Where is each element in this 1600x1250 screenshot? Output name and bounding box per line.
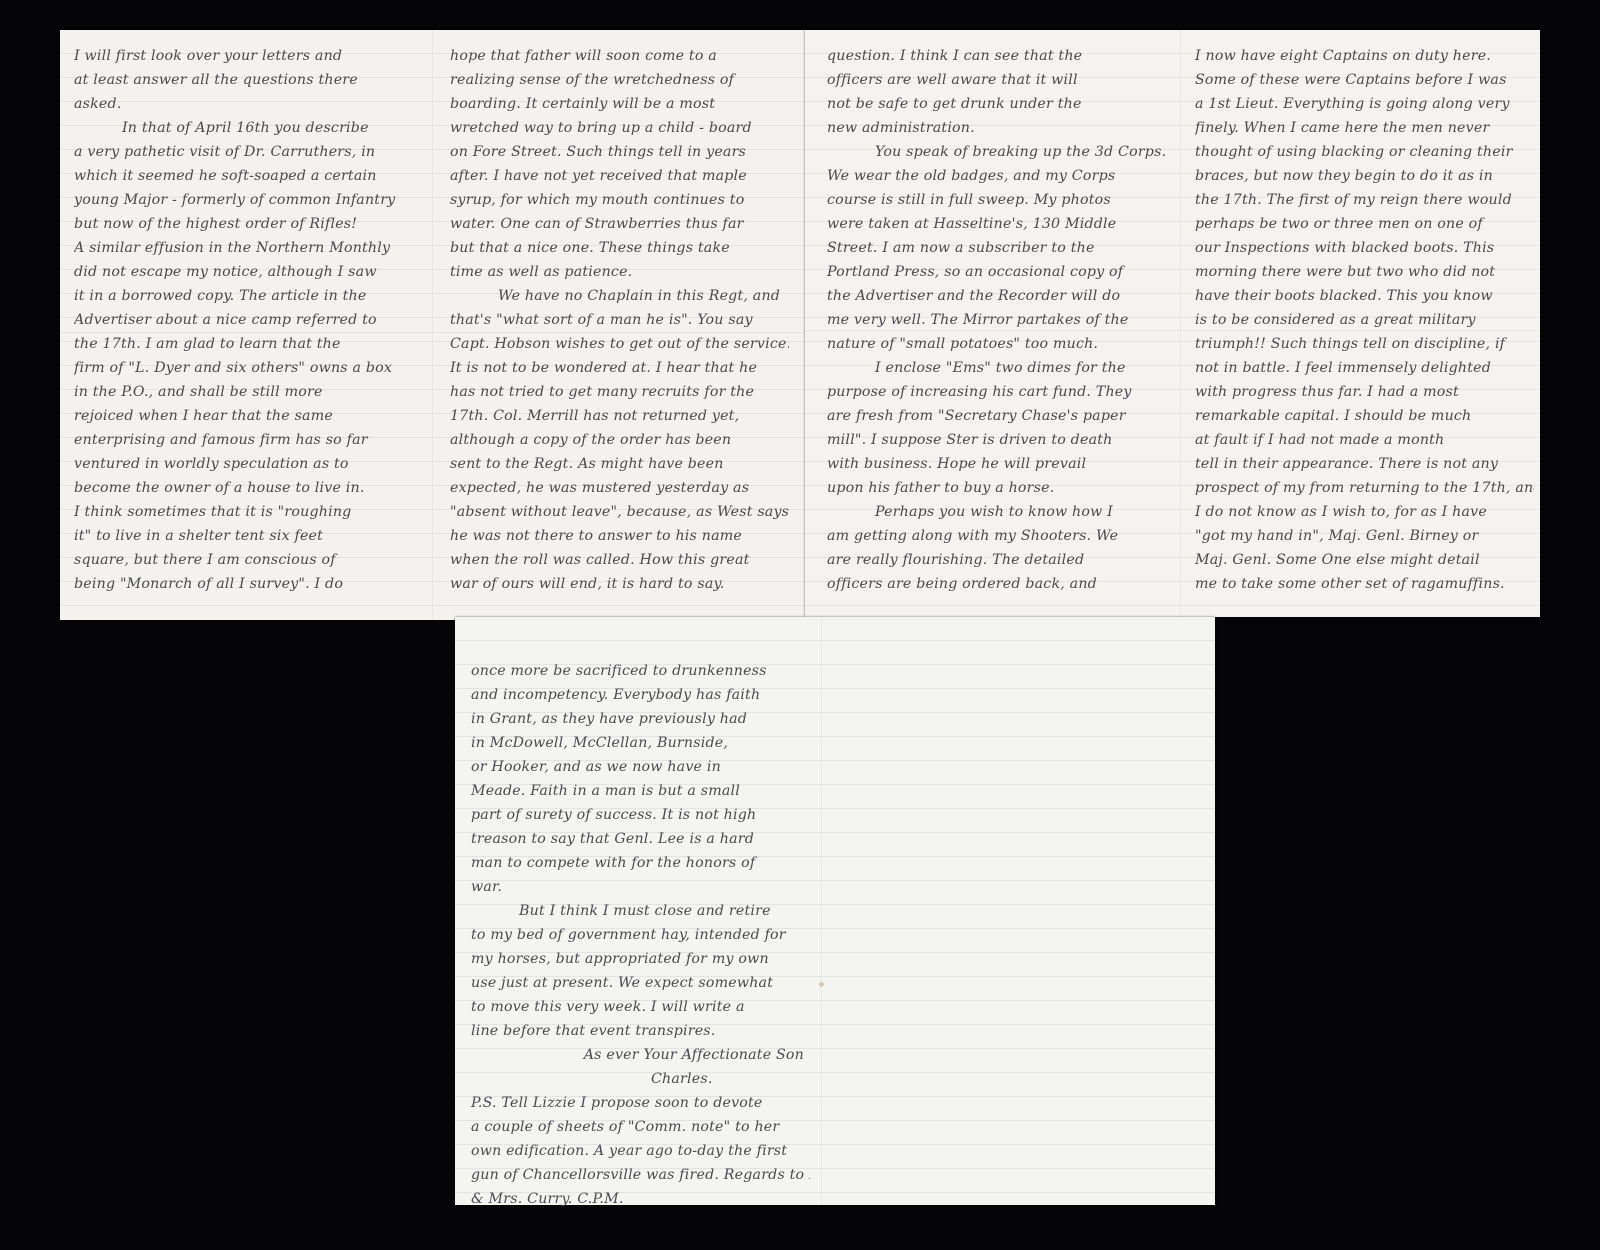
text-line: time as well as patience. — [450, 260, 789, 284]
text-line: realizing sense of the wretchedness of — [450, 68, 789, 92]
text-line: braces, but now they begin to do it as i… — [1195, 164, 1534, 188]
text-line: Perhaps you wish to know how I — [827, 500, 1166, 524]
text-line: wretched way to bring up a child - board — [450, 116, 789, 140]
text-line: being "Monarch of all I survey". I do — [74, 572, 413, 596]
text-line: once more be sacrificed to drunkenness — [471, 659, 810, 683]
text-line: 17th. Col. Merrill has not returned yet, — [450, 404, 789, 428]
text-line: treason to say that Genl. Lee is a hard — [471, 827, 810, 851]
text-line: enterprising and famous firm has so far — [74, 428, 413, 452]
text-line: remarkable capital. I should be much — [1195, 404, 1534, 428]
text-line: Some of these were Captains before I was — [1195, 68, 1534, 92]
text-line: boarding. It certainly will be a most — [450, 92, 789, 116]
text-line: Maj. Genl. Some One else might detail — [1195, 548, 1534, 572]
text-line: officers are being ordered back, and — [827, 572, 1166, 596]
text-line: are really flourishing. The detailed — [827, 548, 1166, 572]
text-line: me to take some other set of ragamuffins… — [1195, 572, 1534, 596]
text-line: question. I think I can see that the — [827, 44, 1166, 68]
text-line: expected, he was mustered yesterday as — [450, 476, 789, 500]
text-line: were taken at Hasseltine's, 130 Middle — [827, 212, 1166, 236]
text-line: mill". I suppose Ster is driven to death — [827, 428, 1166, 452]
text-line: firm of "L. Dyer and six others" owns a … — [74, 356, 413, 380]
text-line: my horses, but appropriated for my own — [471, 947, 810, 971]
text-line: rejoiced when I hear that the same — [74, 404, 413, 428]
text-line: become the owner of a house to live in. — [74, 476, 413, 500]
postscript-line: & Mrs. Curry. C.P.M. — [471, 1187, 810, 1211]
text-line: a very pathetic visit of Dr. Carruthers,… — [74, 140, 413, 164]
text-line: to move this very week. I will write a — [471, 995, 810, 1019]
text-line: We have no Chaplain in this Regt, and — [450, 284, 789, 308]
text-line: did not escape my notice, although I saw — [74, 260, 413, 284]
text-line: on Fore Street. Such things tell in year… — [450, 140, 789, 164]
text-line: our Inspections with blacked boots. This — [1195, 236, 1534, 260]
text-line: asked. — [74, 92, 413, 116]
text-line: sent to the Regt. As might have been — [450, 452, 789, 476]
text-line: Portland Press, so an occasional copy of — [827, 260, 1166, 284]
text-line: use just at present. We expect somewhat — [471, 971, 810, 995]
fold-crease-vertical — [1180, 30, 1182, 617]
text-line: Advertiser about a nice camp referred to — [74, 308, 413, 332]
text-line: the 17th. The first of my reign there wo… — [1195, 188, 1534, 212]
text-line: it" to live in a shelter tent six feet — [74, 524, 413, 548]
text-line: a 1st Lieut. Everything is going along v… — [1195, 92, 1534, 116]
text-line: square, but there I am conscious of — [74, 548, 413, 572]
postscript-line: own edification. A year ago to-day the f… — [471, 1139, 810, 1163]
text-line: In that of April 16th you describe — [74, 116, 413, 140]
text-line: or Hooker, and as we now have in — [471, 755, 810, 779]
text-line: ventured in worldly speculation as to — [74, 452, 413, 476]
text-line: "got my hand in", Maj. Genl. Birney or — [1195, 524, 1534, 548]
text-line: young Major - formerly of common Infantr… — [74, 188, 413, 212]
text-line: have their boots blacked. This you know — [1195, 284, 1534, 308]
text-line: in McDowell, McClellan, Burnside, — [471, 731, 810, 755]
text-line: me very well. The Mirror partakes of the — [827, 308, 1166, 332]
text-line: upon his father to buy a horse. — [827, 476, 1166, 500]
text-line: officers are well aware that it will — [827, 68, 1166, 92]
text-line: hope that father will soon come to a — [450, 44, 789, 68]
text-line: syrup, for which my mouth continues to — [450, 188, 789, 212]
text-line: but now of the highest order of Rifles! — [74, 212, 413, 236]
letter-sheet-3: once more be sacrificed to drunkenness a… — [455, 617, 1215, 1205]
text-line: thought of using blacking or cleaning th… — [1195, 140, 1534, 164]
text-line: purpose of increasing his cart fund. The… — [827, 380, 1166, 404]
text-line: has not tried to get many recruits for t… — [450, 380, 789, 404]
text-line: when the roll was called. How this great — [450, 548, 789, 572]
text-line: new administration. — [827, 116, 1166, 140]
text-line: Capt. Hobson wishes to get out of the se… — [450, 332, 789, 356]
text-line: tell in their appearance. There is not a… — [1195, 452, 1534, 476]
page-5: once more be sacrificed to drunkenness a… — [463, 659, 818, 1211]
text-line: in Grant, as they have previously had — [471, 707, 810, 731]
text-line: are fresh from "Secretary Chase's paper — [827, 404, 1166, 428]
text-line: although a copy of the order has been — [450, 428, 789, 452]
text-line: with progress thus far. I had a most — [1195, 380, 1534, 404]
postscript-line: P.S. Tell Lizzie I propose soon to devot… — [471, 1091, 810, 1115]
letter-sheet-2: question. I think I can see that the off… — [805, 30, 1540, 617]
text-line: in the P.O., and shall be still more — [74, 380, 413, 404]
text-line: but that a nice one. These things take — [450, 236, 789, 260]
text-line: man to compete with for the honors of — [471, 851, 810, 875]
text-line: We wear the old badges, and my Corps — [827, 164, 1166, 188]
postscript-line: a couple of sheets of "Comm. note" to he… — [471, 1115, 810, 1139]
text-line: I will first look over your letters and — [74, 44, 413, 68]
text-line: I think sometimes that it is "roughing — [74, 500, 413, 524]
page-3: question. I think I can see that the off… — [819, 44, 1174, 596]
text-line: that's "what sort of a man he is". You s… — [450, 308, 789, 332]
text-line: war of ours will end, it is hard to say. — [450, 572, 789, 596]
text-line: water. One can of Strawberries thus far — [450, 212, 789, 236]
letter-sheet-1: I will first look over your letters and … — [60, 30, 805, 620]
signature: Charles. — [471, 1067, 810, 1091]
text-line: is to be considered as a great military — [1195, 308, 1534, 332]
page-2: hope that father will soon come to a rea… — [442, 44, 797, 596]
text-line: morning there were but two who did not — [1195, 260, 1534, 284]
text-line: and incompetency. Everybody has faith — [471, 683, 810, 707]
text-line: it in a borrowed copy. The article in th… — [74, 284, 413, 308]
closing-line: As ever Your Affectionate Son — [471, 1043, 810, 1067]
text-line: It is not to be wondered at. I hear that… — [450, 356, 789, 380]
paper-stain — [819, 982, 824, 987]
page-4: I now have eight Captains on duty here. … — [1187, 44, 1542, 596]
text-line: You speak of breaking up the 3d Corps. — [827, 140, 1166, 164]
fold-crease-vertical — [432, 30, 434, 620]
text-line: with business. Hope he will prevail — [827, 452, 1166, 476]
page-1: I will first look over your letters and … — [66, 44, 421, 596]
text-line: which it seemed he soft-soaped a certain — [74, 164, 413, 188]
text-line: not in battle. I feel immensely delighte… — [1195, 356, 1534, 380]
text-line: finely. When I came here the men never — [1195, 116, 1534, 140]
text-line: course is still in full sweep. My photos — [827, 188, 1166, 212]
text-line: But I think I must close and retire — [471, 899, 810, 923]
text-line: line before that event transpires. — [471, 1019, 810, 1043]
text-line: part of surety of success. It is not hig… — [471, 803, 810, 827]
text-line: war. — [471, 875, 810, 899]
text-line: I now have eight Captains on duty here. — [1195, 44, 1534, 68]
text-line: am getting along with my Shooters. We — [827, 524, 1166, 548]
text-line: triumph!! Such things tell on discipline… — [1195, 332, 1534, 356]
text-line: Meade. Faith in a man is but a small — [471, 779, 810, 803]
text-line: the Advertiser and the Recorder will do — [827, 284, 1166, 308]
text-line: not be safe to get drunk under the — [827, 92, 1166, 116]
text-line: nature of "small potatoes" too much. — [827, 332, 1166, 356]
text-line: A similar effusion in the Northern Month… — [74, 236, 413, 260]
text-line: he was not there to answer to his name — [450, 524, 789, 548]
text-line: I do not know as I wish to, for as I hav… — [1195, 500, 1534, 524]
text-line: the 17th. I am glad to learn that the — [74, 332, 413, 356]
text-line: at fault if I had not made a month — [1195, 428, 1534, 452]
text-line: after. I have not yet received that mapl… — [450, 164, 789, 188]
text-line: at least answer all the questions there — [74, 68, 413, 92]
text-line: "absent without leave", because, as West… — [450, 500, 789, 524]
text-line: I enclose "Ems" two dimes for the — [827, 356, 1166, 380]
fold-crease-vertical — [821, 617, 823, 1205]
text-line: Street. I am now a subscriber to the — [827, 236, 1166, 260]
text-line: perhaps be two or three men on one of — [1195, 212, 1534, 236]
text-line: to my bed of government hay, intended fo… — [471, 923, 810, 947]
text-line: prospect of my from returning to the 17t… — [1195, 476, 1534, 500]
postscript-line: gun of Chancellorsville was fired. Regar… — [471, 1163, 810, 1187]
